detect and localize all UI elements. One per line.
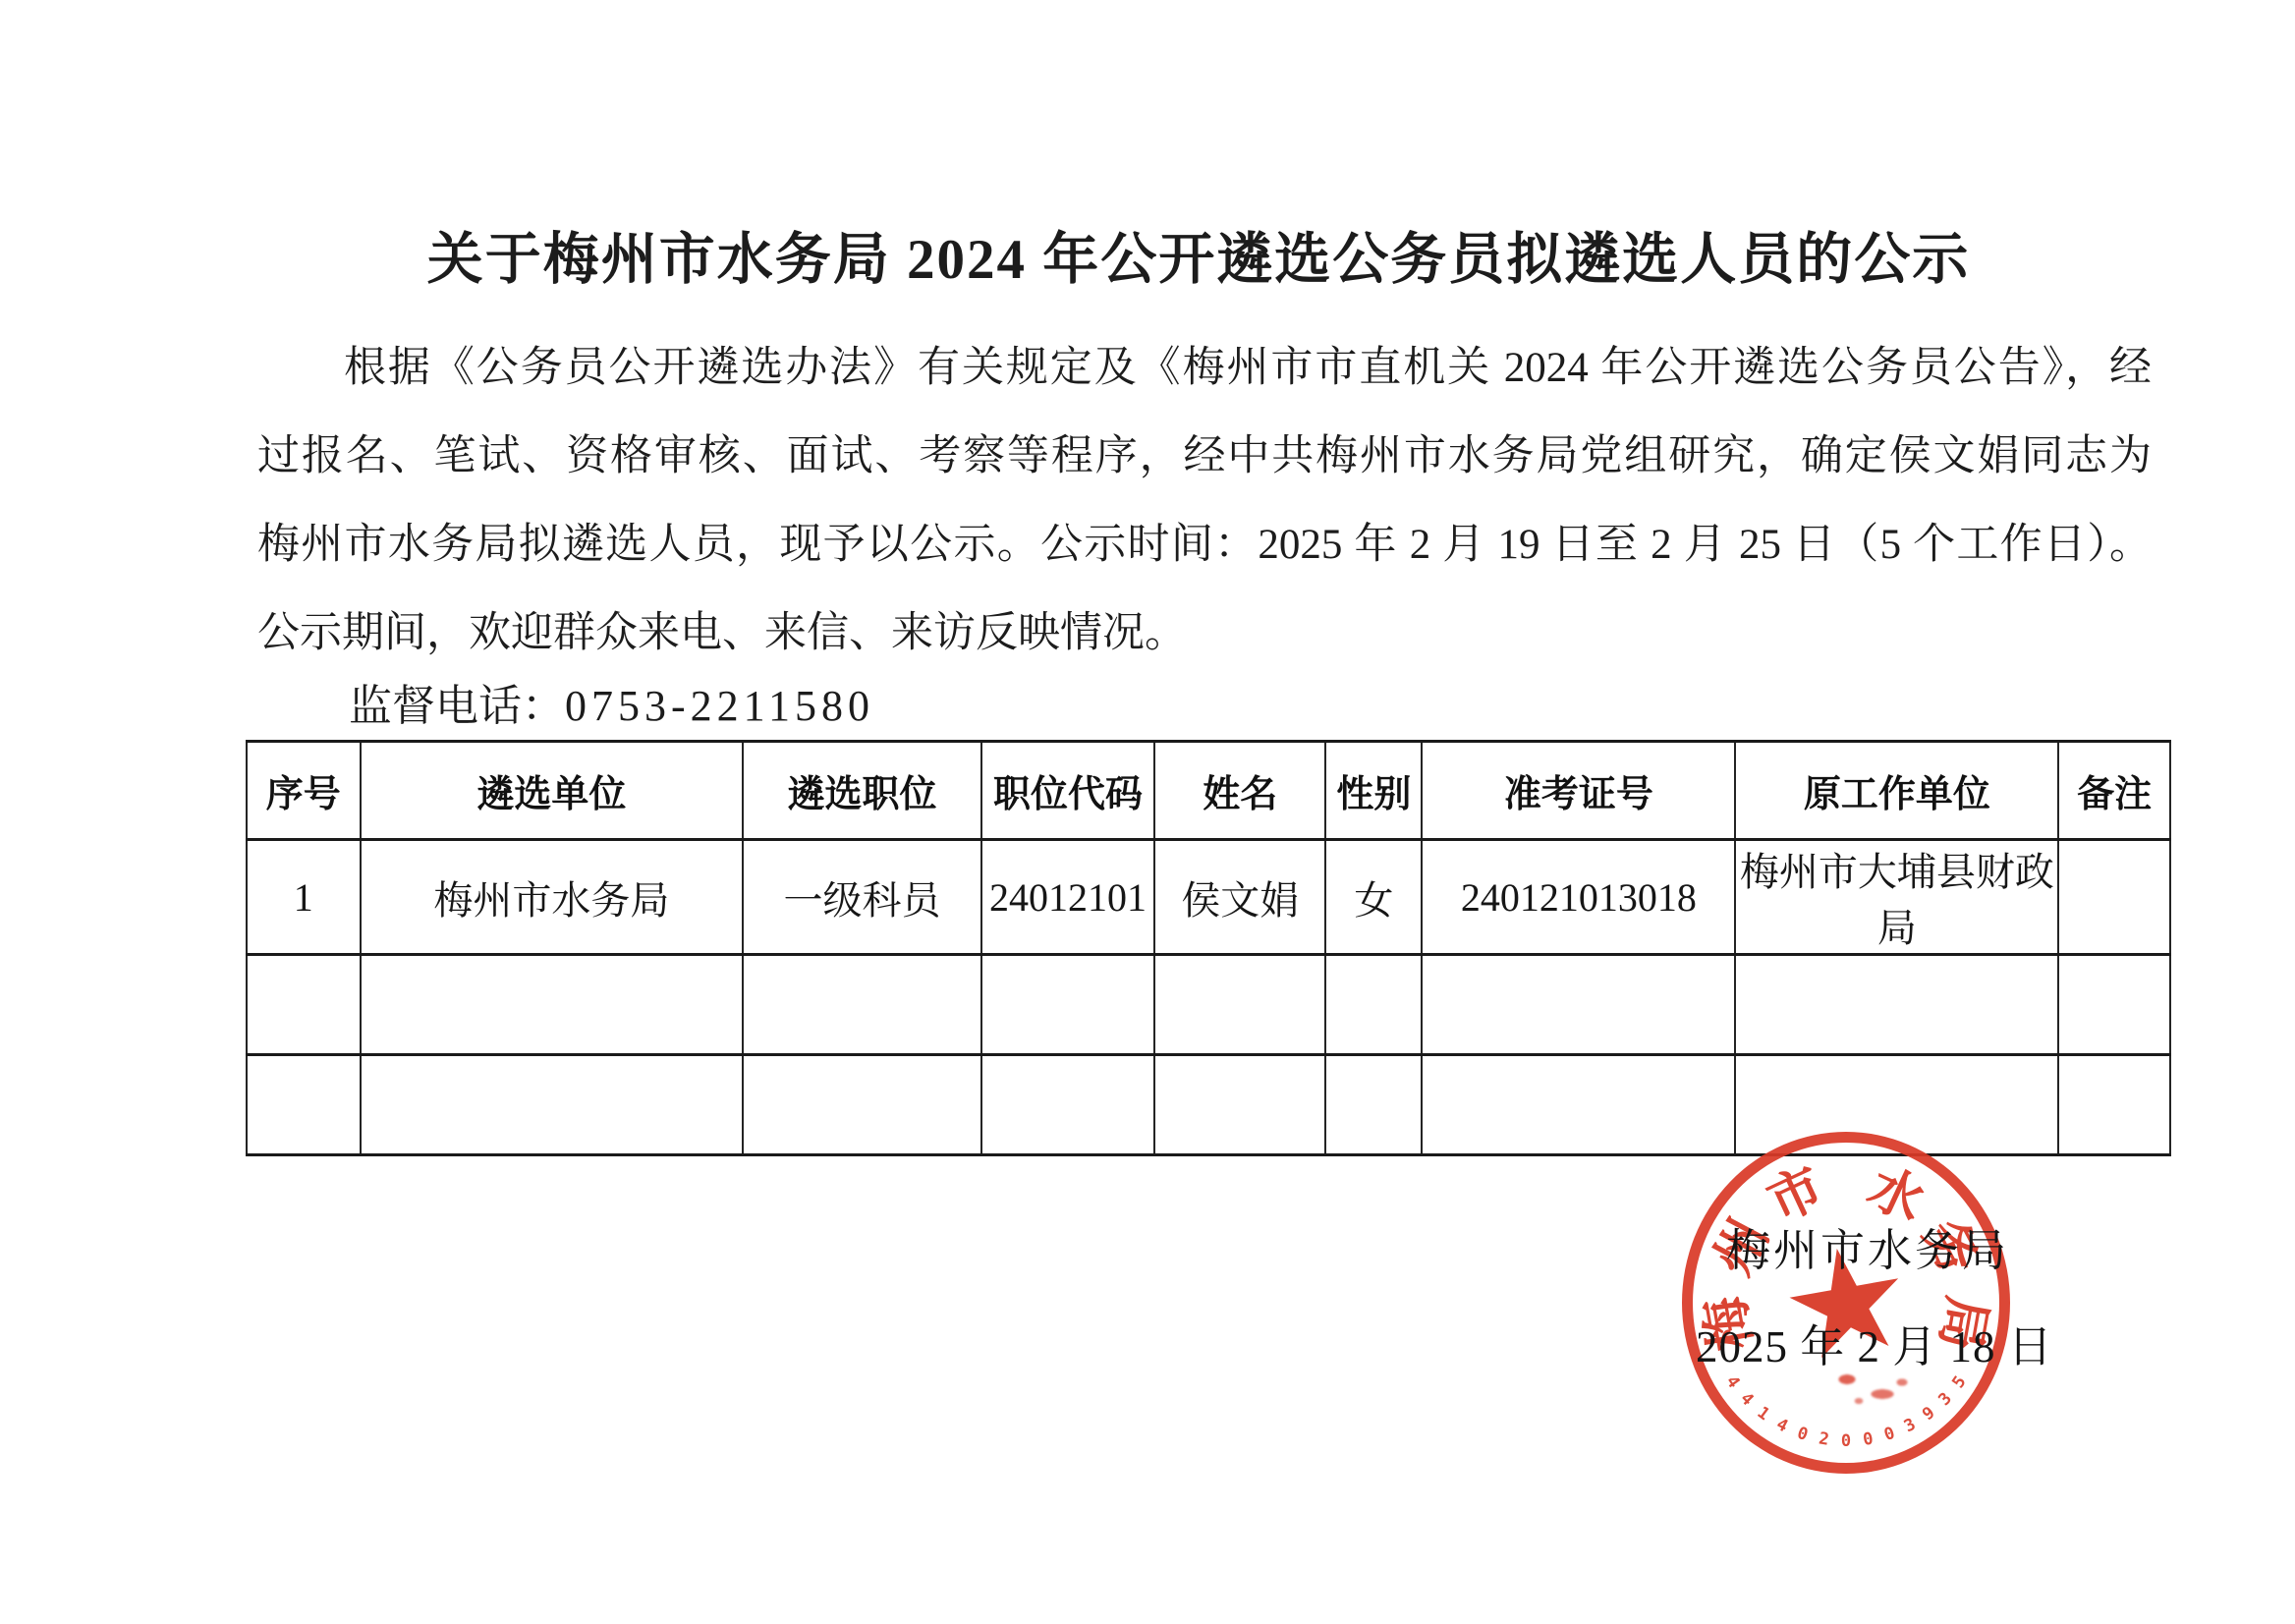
paragraph-line: 公示期间，欢迎群众来电、来信、来访反映情况。 <box>257 589 2152 678</box>
cell-ticket <box>1422 955 1735 1055</box>
cell-gender <box>1325 1055 1422 1155</box>
paragraph-line: 根据《公务员公开遴选办法》有关规定及《梅州市市直机关 2024 年公开遴选公务员… <box>257 324 2152 413</box>
column-header-unit: 遴选单位 <box>361 742 744 840</box>
cell-note <box>2058 1055 2170 1155</box>
cell-prev-unit: 梅州市大埔县财政局 <box>1735 840 2058 955</box>
table-header-row: 序号 遴选单位 遴选职位 职位代码 姓名 性别 准考证号 原工作单位 备注 <box>247 742 2170 840</box>
stamp-ink-smudge <box>1829 1368 1923 1415</box>
cell-no <box>247 955 361 1055</box>
cell-position <box>743 1055 981 1155</box>
signature-organization: 梅州市水务局 <box>1726 1214 2009 1278</box>
cell-note <box>2058 840 2170 955</box>
column-header-code: 职位代码 <box>981 742 1154 840</box>
document-page: 关于梅州市水务局 2024 年公开遴选公务员拟遴选人员的公示 根据《公务员公开遴… <box>0 0 2295 1624</box>
cell-ticket: 240121013018 <box>1422 840 1735 955</box>
column-header-position: 遴选职位 <box>743 742 981 840</box>
cell-name <box>1154 1055 1325 1155</box>
cell-gender <box>1325 955 1422 1055</box>
cell-code <box>981 955 1154 1055</box>
cell-prev-unit <box>1735 955 2058 1055</box>
document-body: 根据《公务员公开遴选办法》有关规定及《梅州市市直机关 2024 年公开遴选公务员… <box>257 324 2152 678</box>
cell-unit <box>361 1055 744 1155</box>
document-title: 关于梅州市水务局 2024 年公开遴选公务员拟遴选人员的公示 <box>246 214 2152 295</box>
cell-gender: 女 <box>1325 840 1422 955</box>
paragraph-line: 梅州市水务局拟遴选人员，现予以公示。公示时间：2025 年 2 月 19 日至 … <box>257 501 2152 589</box>
signature-date: 2025 年 2 月 18 日 <box>1696 1311 2053 1374</box>
cell-note <box>2058 955 2170 1055</box>
hotline-number: 0753-2211580 <box>565 682 874 730</box>
candidates-table: 序号 遴选单位 遴选职位 职位代码 姓名 性别 准考证号 原工作单位 备注 1 … <box>246 740 2171 1156</box>
column-header-note: 备注 <box>2058 742 2170 840</box>
column-header-ticket: 准考证号 <box>1422 742 1735 840</box>
cell-no <box>247 1055 361 1155</box>
seal-serial-digit: 2 <box>1812 1428 1836 1452</box>
official-seal-stamp: 梅 州 市 水 务 局 4 4 1 4 0 2 0 0 0 3 9 3 5 <box>1682 1132 2010 1474</box>
column-header-prev-unit: 原工作单位 <box>1735 742 2058 840</box>
cell-unit: 梅州市水务局 <box>361 840 744 955</box>
cell-code <box>981 1055 1154 1155</box>
cell-name: 侯文娟 <box>1154 840 1325 955</box>
cell-code: 24012101 <box>981 840 1154 955</box>
cell-no: 1 <box>247 840 361 955</box>
column-header-name: 姓名 <box>1154 742 1325 840</box>
cell-position <box>743 955 981 1055</box>
column-header-gender: 性别 <box>1325 742 1422 840</box>
seal-serial-digit: 0 <box>1835 1430 1857 1452</box>
table-row-empty <box>247 955 2170 1055</box>
cell-position: 一级科员 <box>743 840 981 955</box>
table-row: 1 梅州市水务局 一级科员 24012101 侯文娟 女 24012101301… <box>247 840 2170 955</box>
cell-name <box>1154 955 1325 1055</box>
cell-unit <box>361 955 744 1055</box>
paragraph-line: 过报名、笔试、资格审核、面试、考察等程序，经中共梅州市水务局党组研究，确定侯文娟… <box>257 413 2152 501</box>
column-header-no: 序号 <box>247 742 361 840</box>
hotline-label: 监督电话： <box>349 682 565 730</box>
supervision-hotline: 监督电话：0753-2211580 <box>349 672 874 741</box>
